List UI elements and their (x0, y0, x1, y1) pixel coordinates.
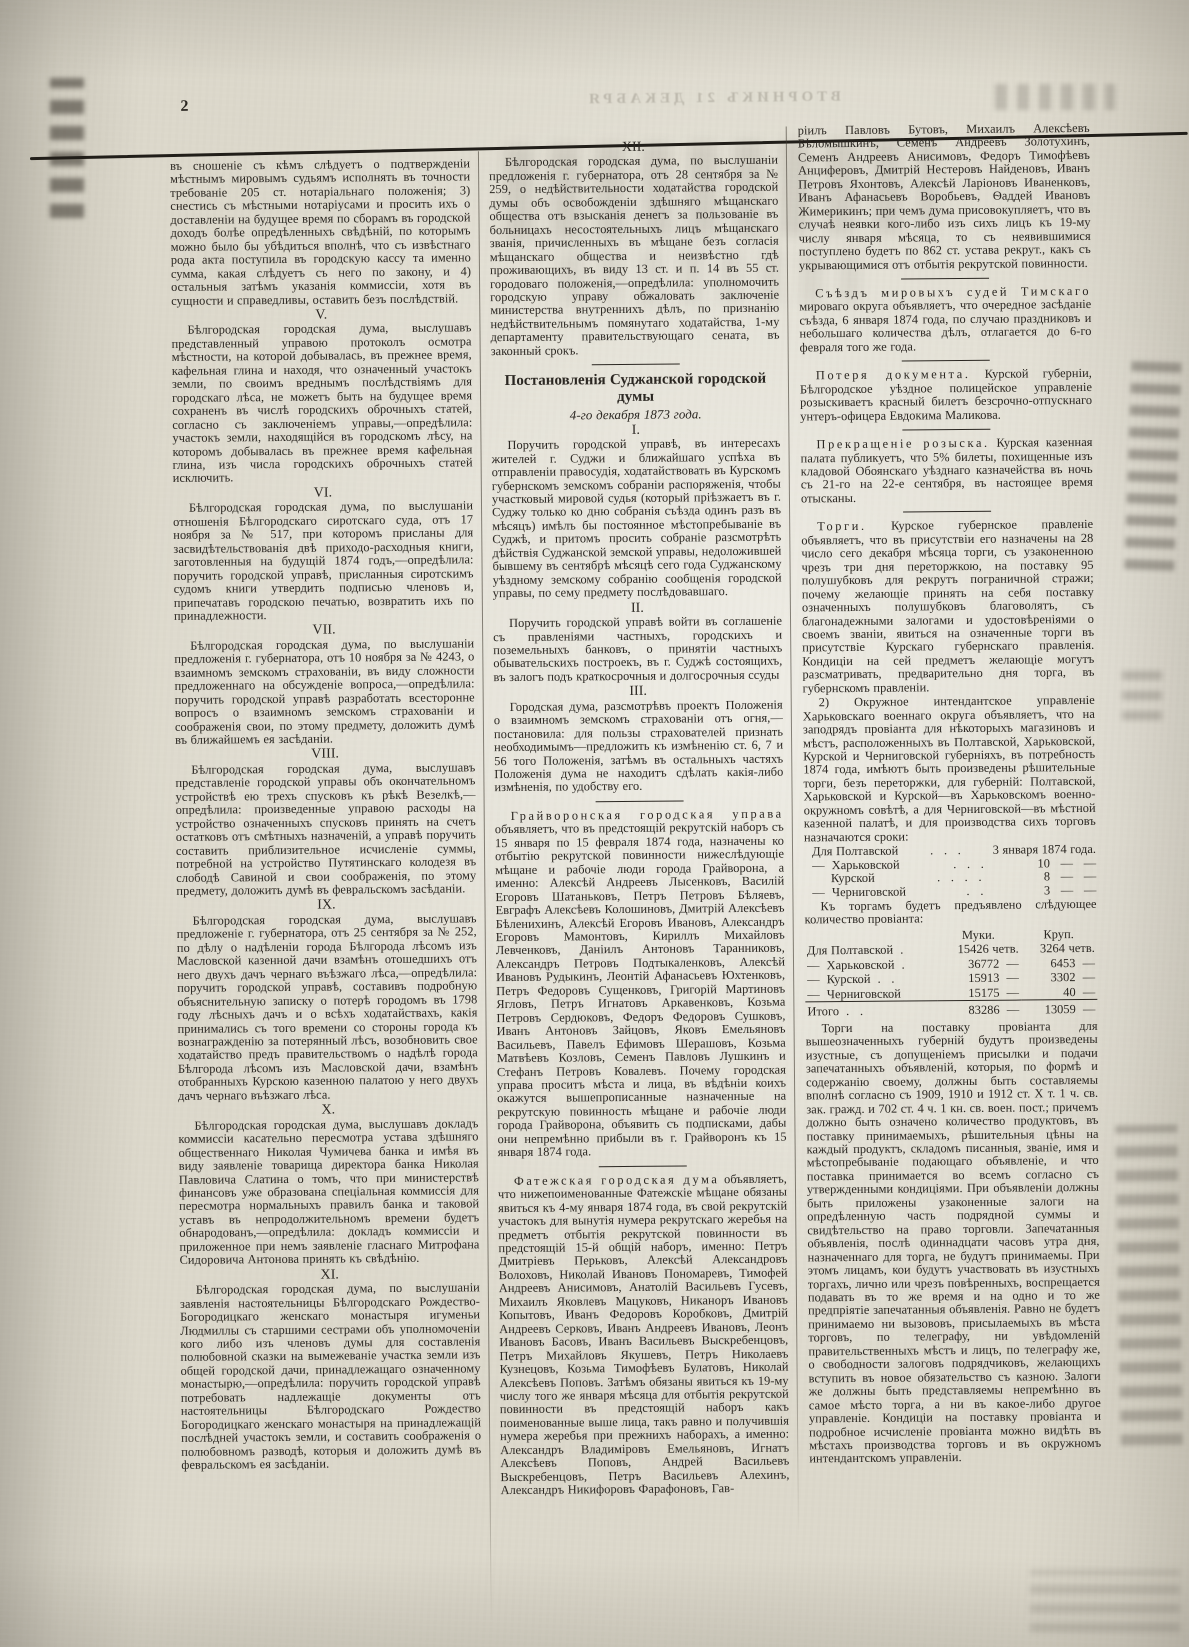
paragraph-lead: Прекращеніе розыска. (816, 436, 989, 452)
page-content: 2 въ сношеніе съ кѣмъ слѣдуетъ о подтвер… (0, 0, 1189, 1647)
provisions-cell: 15913 — (937, 971, 1021, 986)
provisions-row: — Курской . .15913 —3302 — (805, 970, 1097, 987)
dot-leader: . . . (898, 844, 993, 858)
page-number: 2 (180, 98, 189, 116)
paragraph: Поручить городской управѣ войти въ согла… (493, 615, 783, 685)
paragraph-lead: Съѣздъ мировыхъ судей Тимскаго (815, 284, 1091, 300)
provisions-total-row: Итого . .83286 —13059 — (805, 1000, 1097, 1020)
paragraph: 2) Окружное интендантское управленіе Хар… (803, 694, 1096, 845)
paragraph: Бѣлгородская городская дума, по выслушан… (180, 1281, 482, 1472)
paragraph: въ сношеніе съ кѣмъ слѣдуетъ о подтвержд… (170, 157, 471, 308)
provisions-table: Муки.Круп.Для Полтавской .15426 четв.326… (805, 927, 1098, 1020)
paragraph-lead: Фатежская городская дума (514, 1172, 720, 1188)
paragraph: Грайворонская городская управа объявляет… (495, 808, 787, 1160)
separator-rule (598, 1165, 686, 1167)
provisions-table-body: Для Полтавской .15426 четв.3264 четв.— Х… (805, 941, 1098, 1019)
provisions-cell: 15426 четв. (936, 942, 1020, 957)
schedule-value: 8 — — (1044, 870, 1097, 884)
provisions-cell: Для Полтавской . (805, 943, 937, 959)
paragraph: Фатежская городская дума объявляетъ, что… (498, 1172, 790, 1497)
provisions-cell: 6453 — (1021, 956, 1097, 971)
separator-rule (595, 800, 683, 802)
provisions-cell: — Черниговской (805, 986, 937, 1002)
article-title: Постановленія Суджанской городской думы (497, 371, 774, 407)
paragraph: Бѣлгородская городская дума, выслушавъ п… (177, 912, 479, 1103)
paragraph: Поручить городской управѣ, въ интересахъ… (491, 437, 781, 601)
dot-leader: . . . (900, 857, 1038, 872)
provisions-header-cell (805, 928, 937, 944)
article-dateline: 4-го декабря 1873 года. (491, 407, 780, 423)
provisions-cell: 36772 — (937, 956, 1021, 971)
paragraph: Бѣлгородская городская дума, выслушавъ п… (175, 761, 476, 898)
provisions-cell: 15175 — (937, 985, 1021, 1001)
provisions-total-cell: 13059 — (1021, 1000, 1097, 1018)
column-2: XII.Бѣлгородская городская дума, по высл… (489, 138, 790, 1499)
paragraph: Прекращеніе розыска. Курская казенная па… (800, 436, 1093, 506)
provisions-total-cell: 83286 — (937, 1000, 1021, 1018)
schedule-label: Курской (812, 872, 875, 886)
provisions-header-cell: Круп. (1021, 927, 1097, 942)
separator-rule (903, 511, 991, 513)
newspaper-page: { "page": { "number": "2" }, "artifacts"… (0, 0, 1189, 1647)
provisions-header-cell: Муки. (936, 927, 1020, 942)
separator-rule (902, 360, 990, 362)
paragraph: Съѣздъ мировыхъ судей Тимскаго мироваго … (799, 285, 1092, 355)
provisions-cell: 3264 четв. (1021, 941, 1097, 956)
separator-rule (902, 429, 990, 431)
separator-rule (901, 278, 989, 280)
provisions-cell: — Харьковской . (805, 957, 937, 973)
schedule-value: 3 — — (1044, 883, 1097, 897)
paragraph: Городская дума, разсмотрѣвъ проектъ Поло… (494, 698, 784, 795)
separator-rule (591, 364, 679, 366)
paragraph: Торги на поставку провіанта для вышеозна… (806, 1020, 1102, 1466)
provisions-total-cell: Итого . . (805, 1001, 937, 1019)
provisions-cell: 3302 — (1021, 970, 1097, 985)
schedule-list: Для Полтавской. . .3 января 1874 года.— … (812, 843, 1096, 899)
paragraph: Торги. Курское губернское правленіе объя… (801, 518, 1095, 695)
column-3: ріилъ Павловъ Бутовъ, Михаилъ Алексѣевъ … (798, 122, 1102, 1467)
paragraph: Къ торгамъ будетъ предъявлено слѣдующее … (804, 898, 1096, 927)
paragraph: Бѣлгородская городская дума, выслушавъ д… (178, 1117, 479, 1268)
paragraph: Потеря документа. Курской губерніи, Бѣлг… (800, 367, 1092, 423)
schedule-label: — Черниговской (812, 885, 906, 899)
paragraph: ріилъ Павловъ Бутовъ, Михаилъ Алексѣевъ … (798, 122, 1091, 273)
paragraph: Бѣлгородская городская дума, по выслушан… (173, 500, 474, 624)
provisions-cell: — Курской . . (805, 972, 937, 988)
dot-leader: . . (906, 884, 1044, 899)
paragraph: Бѣлгородская городская дума, по выслушан… (489, 154, 780, 358)
paragraph-lead: Грайворонская городская управа (511, 807, 784, 823)
paragraph-lead: Торги. (817, 519, 867, 533)
provisions-cell: 40 — (1021, 985, 1097, 1001)
paragraph: Бѣлгородская городская дума, по выслушан… (174, 637, 475, 747)
paragraph-lead: Потеря документа. (816, 367, 971, 382)
paragraph: Бѣлгородская городская дума, выслушавъ п… (171, 322, 472, 486)
column-1: въ сношеніе съ кѣмъ слѣдуетъ о подтвержд… (170, 157, 481, 1473)
